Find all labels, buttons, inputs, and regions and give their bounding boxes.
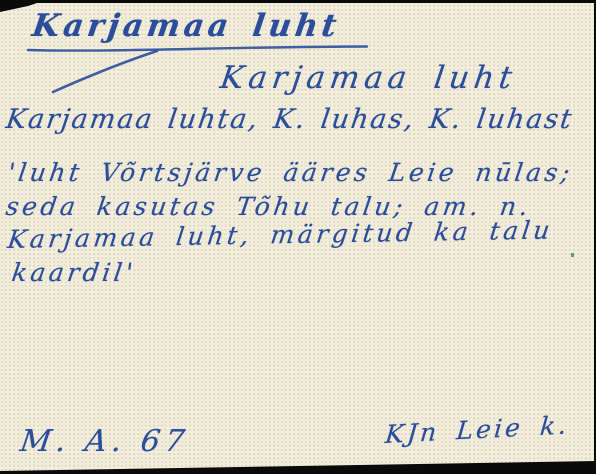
declension-line: Karjamaa luhta, K. luhas, K. luhast <box>4 104 575 135</box>
description-line-1: 'luht Võrtsjärve ääres Leie nūlas; <box>6 158 575 187</box>
description-line-3: Karjamaa luht, märgitud ka talu <box>6 216 555 254</box>
index-card: Karjamaa luht Karjamaa luht Karjamaa luh… <box>0 0 596 474</box>
scan-artifact <box>571 253 574 257</box>
scan-border-top <box>0 0 596 3</box>
collector-code: M. A. 67 <box>18 424 192 459</box>
card-title: Karjamaa luht <box>218 60 519 96</box>
location-note: KJn Leie k. <box>384 410 571 449</box>
heading-underline <box>28 47 367 51</box>
scanned-card: Karjamaa luht Karjamaa luht Karjamaa luh… <box>0 0 596 474</box>
description-line-4: kaardil' <box>10 258 138 287</box>
stray-pen-stroke <box>53 51 157 92</box>
card-heading: Karjamaa luht <box>30 8 343 44</box>
